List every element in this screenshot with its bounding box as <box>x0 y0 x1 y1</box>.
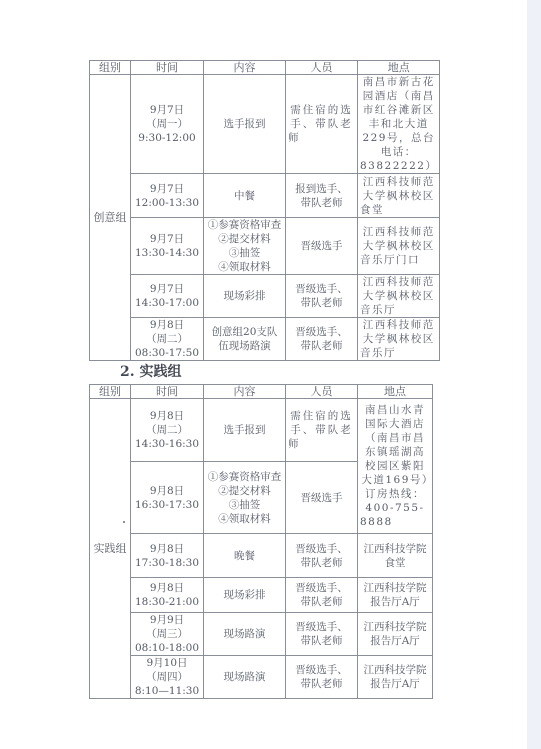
location-cell: 南昌市新古花园酒店（南昌市红谷滩新区丰和北大道229号，总台电话：8382222… <box>358 75 440 174</box>
table-row: 创意组 9月7日 （周一） 9:30-12:00 选手报到 需住宿的选手、带队老… <box>90 75 440 174</box>
viewer-side-strip <box>527 0 541 749</box>
location-cell: 江西科技师范大学枫林校区音乐厅 <box>358 318 440 361</box>
group-cell: 实践组 <box>90 399 131 699</box>
header-people: 人员 <box>286 61 358 75</box>
people-cell: 晋级选手 <box>286 462 358 534</box>
time-cell: 9月7日 14:30-17:00 <box>131 275 204 318</box>
content-cell: 现场彩排 <box>204 578 286 613</box>
scan-artifact-dot <box>123 521 125 523</box>
location-cell: 江西科技学院 报告厅A厅 <box>358 613 433 656</box>
table-row: 9月8日 18:30-21:00 现场彩排 晋级选手、 带队老师 江西科技学院 … <box>90 578 433 613</box>
header-time: 时间 <box>131 385 204 399</box>
people-cell: 需住宿的选手、带队老师 <box>286 399 358 462</box>
header-time: 时间 <box>131 61 204 75</box>
content-cell: 选手报到 <box>204 75 286 174</box>
content-cell: 中餐 <box>204 174 286 218</box>
creative-group-schedule-table: 组别 时间 内容 人员 地点 创意组 9月7日 （周一） 9:30-12:00 … <box>89 60 440 361</box>
location-cell: 江西科技师范大学枫林校区音乐厅 <box>358 275 440 318</box>
people-cell: 报到选手、 带队老师 <box>286 174 358 218</box>
time-cell: 9月8日 （周二） 14:30-16:30 <box>131 399 204 462</box>
people-cell: 晋级选手、 带队老师 <box>286 534 358 578</box>
table-row: 9月9日 （周三） 08:10-18:00 现场路演 晋级选手、 带队老师 江西… <box>90 613 433 656</box>
content-cell: 现场彩排 <box>204 275 286 318</box>
time-cell: 9月7日 （周一） 9:30-12:00 <box>131 75 204 174</box>
content-cell: 现场路演 <box>204 613 286 656</box>
table-row: 9月8日 17:30-18:30 晚餐 晋级选手、 带队老师 江西科技学院 食堂 <box>90 534 433 578</box>
table-row: 9月8日 （周二） 08:30-17:50 创意组20支队 伍现场路演 晋级选手… <box>90 318 440 361</box>
content-cell: 创意组20支队 伍现场路演 <box>204 318 286 361</box>
content-cell: ①参赛资格审查 ②提交材料 ③抽签 ④领取材料 <box>204 218 286 275</box>
time-cell: 9月8日 18:30-21:00 <box>131 578 204 613</box>
table-header-row: 组别 时间 内容 人员 地点 <box>90 61 440 75</box>
header-group: 组别 <box>90 385 131 399</box>
location-cell: 江西科技师范大学枫林校区音乐厅门口 <box>358 218 440 275</box>
table-row: 9月7日 14:30-17:00 现场彩排 晋级选手、 带队老师 江西科技师范大… <box>90 275 440 318</box>
table-header-row: 组别 时间 内容 人员 地点 <box>90 385 433 399</box>
time-cell: 9月10日 （周四） 8:10—11:30 <box>131 656 204 699</box>
header-content: 内容 <box>204 61 286 75</box>
people-cell: 晋级选手、 带队老师 <box>286 578 358 613</box>
header-people: 人员 <box>286 385 358 399</box>
location-cell: 江西科技学院 报告厅A厅 <box>358 656 433 699</box>
people-cell: 晋级选手 <box>286 218 358 275</box>
group-cell: 创意组 <box>90 75 131 361</box>
time-cell: 9月8日 （周二） 08:30-17:50 <box>131 318 204 361</box>
time-cell: 9月9日 （周三） 08:10-18:00 <box>131 613 204 656</box>
content-cell: 晚餐 <box>204 534 286 578</box>
table-row: 9月7日 12:00-13:30 中餐 报到选手、 带队老师 江西科技师范大学枫… <box>90 174 440 218</box>
location-cell: 江西科技学院 报告厅A厅 <box>358 578 433 613</box>
content-cell: 选手报到 <box>204 399 286 462</box>
content-cell: ①参赛资格审查 ②提交材料 ③抽签 ④领取材料 <box>204 462 286 534</box>
location-cell: 江西科技学院 食堂 <box>358 534 433 578</box>
header-content: 内容 <box>204 385 286 399</box>
time-cell: 9月7日 12:00-13:30 <box>131 174 204 218</box>
location-cell: 江西科技师范大学枫林校区食堂 <box>358 174 440 218</box>
header-location: 地点 <box>358 385 433 399</box>
time-cell: 9月8日 16:30-17:30 <box>131 462 204 534</box>
section-title-practice-group: 2. 实践组 <box>120 361 182 381</box>
document-page: 组别 时间 内容 人员 地点 创意组 9月7日 （周一） 9:30-12:00 … <box>0 0 527 749</box>
people-cell: 晋级选手、 带队老师 <box>286 318 358 361</box>
people-cell: 需住宿的选手、带队老师 <box>286 75 358 174</box>
content-cell: 现场路演 <box>204 656 286 699</box>
practice-group-schedule-table: 组别 时间 内容 人员 地点 实践组 9月8日 （周二） 14:30-16:30… <box>89 384 433 699</box>
location-cell: 南昌山水青国际大酒店（南昌市昌东镇瑶湖高校园区紫阳大道169号）订房热线：400… <box>358 399 433 534</box>
people-cell: 晋级选手、 带队老师 <box>286 656 358 699</box>
table-row: 9月10日 （周四） 8:10—11:30 现场路演 晋级选手、 带队老师 江西… <box>90 656 433 699</box>
time-cell: 9月8日 17:30-18:30 <box>131 534 204 578</box>
time-cell: 9月7日 13:30-14:30 <box>131 218 204 275</box>
table-row: 实践组 9月8日 （周二） 14:30-16:30 选手报到 需住宿的选手、带队… <box>90 399 433 462</box>
table-row: 9月7日 13:30-14:30 ①参赛资格审查 ②提交材料 ③抽签 ④领取材料… <box>90 218 440 275</box>
header-group: 组别 <box>90 61 131 75</box>
people-cell: 晋级选手、 带队老师 <box>286 613 358 656</box>
people-cell: 晋级选手、 带队老师 <box>286 275 358 318</box>
header-location: 地点 <box>358 61 440 75</box>
